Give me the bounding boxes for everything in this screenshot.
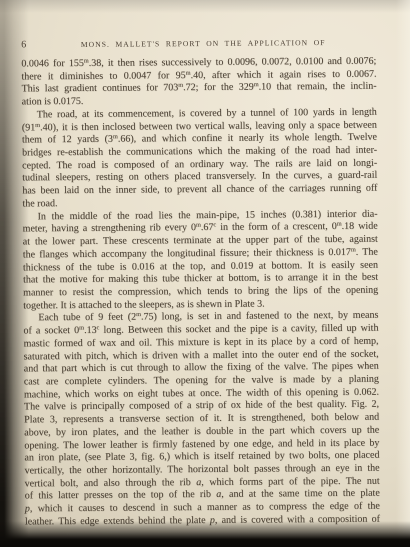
text-line: leather. This edge extends behind the pl… xyxy=(25,514,380,530)
book-page: 6 MONS. MALLET'S REPORT ON THE APPLICATI… xyxy=(0,0,410,547)
page-header: 6 MONS. MALLET'S REPORT ON THE APPLICATI… xyxy=(0,37,408,49)
page-text: 0.0046 for 155m.38, it then rises succes… xyxy=(21,56,380,529)
running-title: MONS. MALLET'S REPORT ON THE APPLICATION… xyxy=(0,37,408,49)
book-photo: 6 MONS. MALLET'S REPORT ON THE APPLICATI… xyxy=(0,0,410,547)
page-number: 6 xyxy=(21,39,26,50)
